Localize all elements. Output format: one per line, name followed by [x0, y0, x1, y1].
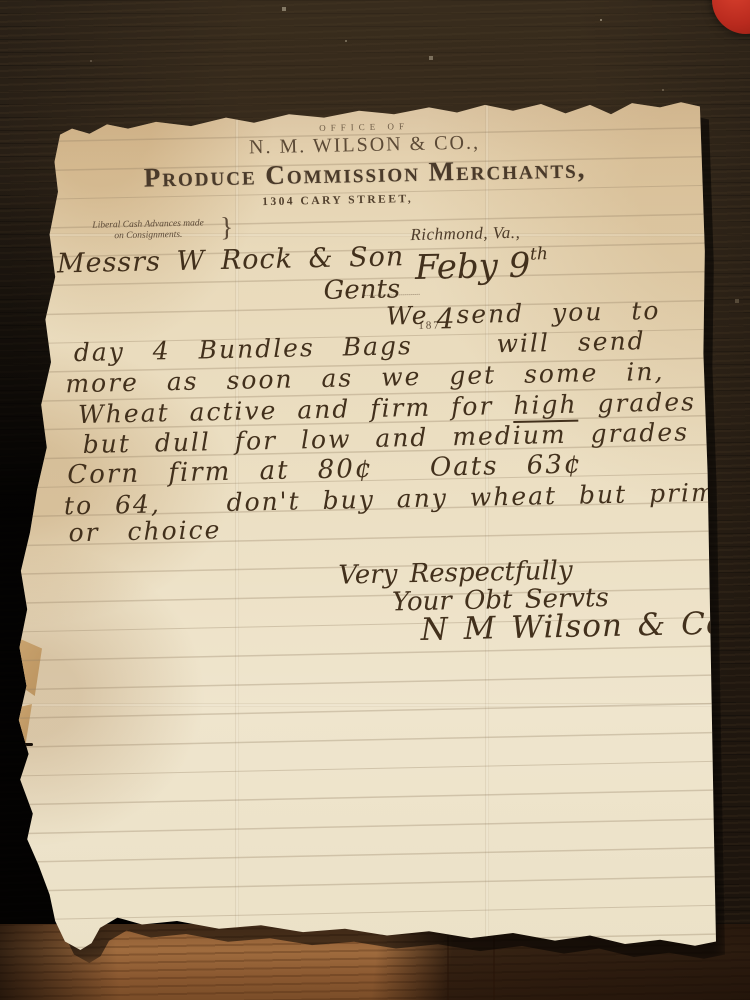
- recipient-line: Messrs W Rock & Son: [57, 241, 405, 279]
- date-ordinal: th: [530, 244, 548, 264]
- letterhead-side-note: Liberal Cash Advances made on Consignmen…: [74, 218, 222, 243]
- printed-city-state: Richmond, Va.,: [410, 223, 520, 244]
- underlined-word: high: [513, 390, 578, 423]
- wood-scratches: [0, 0, 2, 2]
- photo-scene: OFFICE OF N. M. WILSON & CO., Produce Co…: [0, 0, 750, 1000]
- side-note-line1: Liberal Cash Advances made: [92, 218, 204, 230]
- signature-n-m-wilson-co: N M Wilson & Co: [420, 606, 726, 648]
- side-note-brace: }: [220, 212, 234, 243]
- letter-content: OFFICE OF N. M. WILSON & CO., Produce Co…: [14, 91, 732, 957]
- body-line-post: grades: [577, 387, 696, 418]
- letter-paper: OFFICE OF N. M. WILSON & CO., Produce Co…: [16, 98, 716, 950]
- side-note-line2: on Consignments.: [114, 230, 182, 241]
- handwritten-date: Feby 9: [415, 246, 531, 288]
- body-line: or choice: [68, 515, 221, 547]
- body-line: We send you to: [386, 296, 661, 331]
